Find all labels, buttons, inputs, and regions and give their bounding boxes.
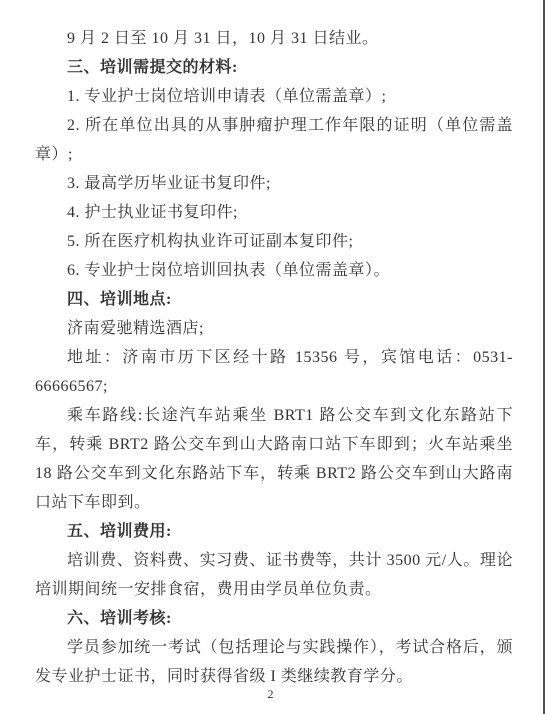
list-item-3: 3. 最高学历毕业证书复印件; [35,169,513,198]
list-item-6: 6. 专业护士岗位培训回执表（单位需盖章）。 [35,256,513,285]
paragraph-bus-routes: 乘车路线:长途汽车站乘坐 BRT1 路公交车到文化东路站下车，转乘 BRT2 路… [35,401,513,517]
page-number: 2 [0,687,541,701]
paragraph-exam-details: 学员参加统一考试（包括理论与实践操作），考试合格后，颁发专业护士证书，同时获得省… [35,633,513,691]
list-item-2: 2. 所在单位出具的从事肿瘤护理工作年限的证明（单位需盖章）; [35,111,513,169]
list-item-1: 1. 专业护士岗位培训申请表（单位需盖章）; [35,82,513,111]
paragraph-closing-date: 9 月 2 日至 10 月 31 日，10 月 31 日结业。 [35,24,513,53]
document-body: 9 月 2 日至 10 月 31 日，10 月 31 日结业。 三、培训需提交的… [35,24,513,691]
list-item-4: 4. 护士执业证书复印件; [35,198,513,227]
paragraph-hotel-address: 地址：济南市历下区经十路 15356 号，宾馆电话：0531-66666567; [35,343,513,401]
section-heading-fees: 五、培训费用: [35,517,513,546]
section-heading-location: 四、培训地点: [35,285,513,314]
section-heading-assessment: 六、培训考核: [35,604,513,633]
document-page: 9 月 2 日至 10 月 31 日，10 月 31 日结业。 三、培训需提交的… [0,0,545,714]
paragraph-hotel-name: 济南爱驰精选酒店; [35,314,513,343]
section-heading-materials: 三、培训需提交的材料: [35,53,513,82]
paragraph-fee-details: 培训费、资料费、实习费、证书费等，共计 3500 元/人。理论培训期间统一安排食… [35,546,513,604]
list-item-5: 5. 所在医疗机构执业许可证副本复印件; [35,227,513,256]
